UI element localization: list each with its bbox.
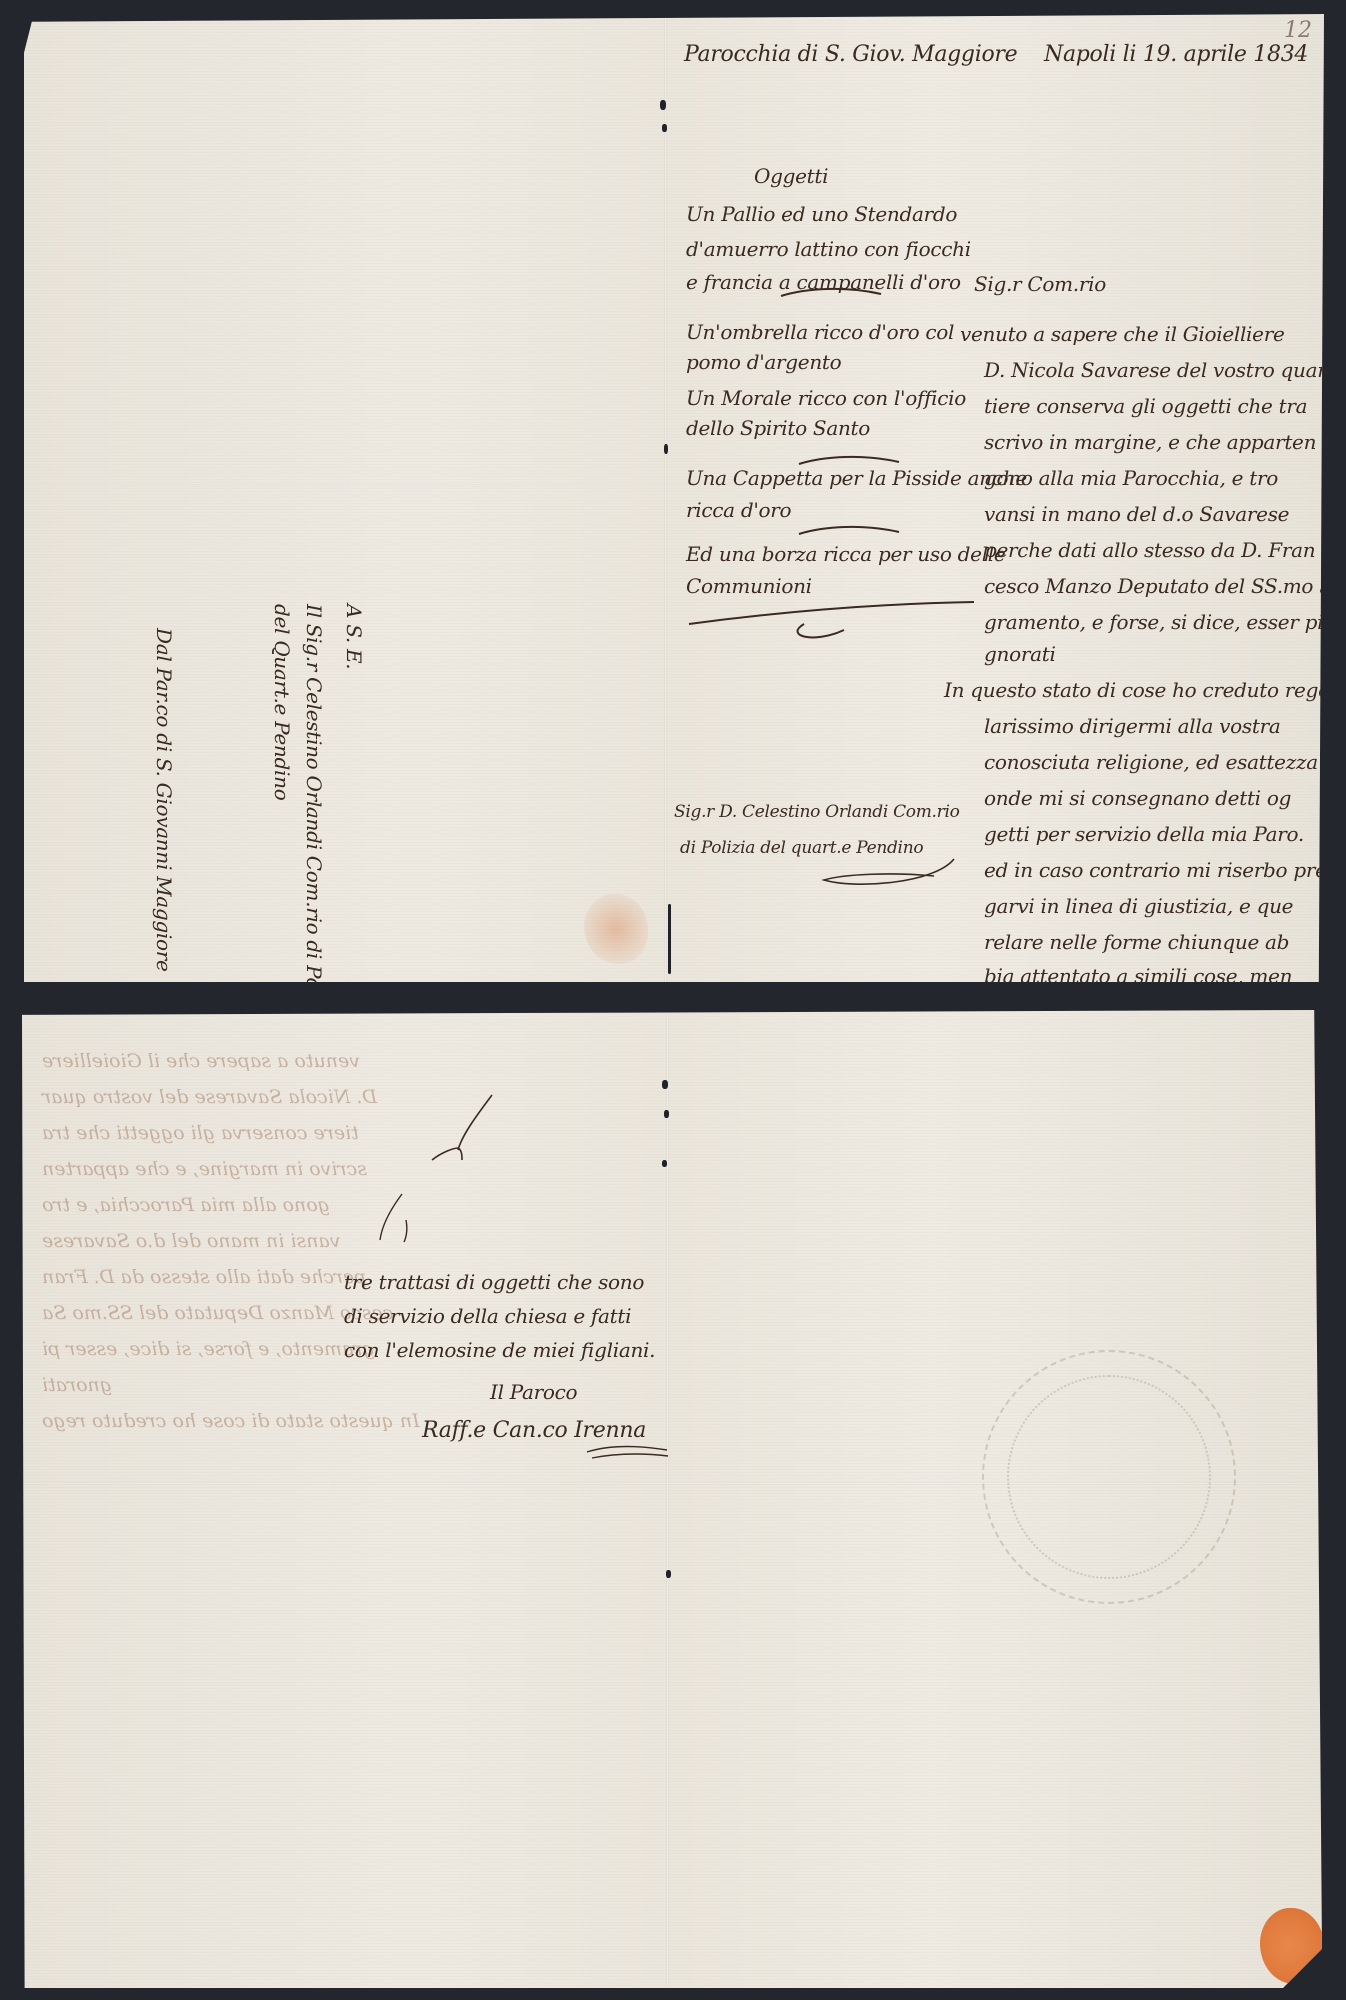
center-fold [666, 1010, 669, 1988]
body-line: gramento, e forse, si dice, esser pi [984, 612, 1323, 632]
object-line: d'amuerro lattino con fiocchi [686, 239, 971, 259]
body-line: getti per servizio della mia Paro. [984, 824, 1304, 844]
ghost-line: cesco Manzo Deputato del SS.mo Sa [42, 1302, 394, 1324]
ghost-line: tiere conserva gli oggetti che tra [42, 1122, 359, 1144]
separator-stroke-icon [794, 452, 904, 472]
salutation: Sig.r Com.rio [974, 274, 1106, 294]
left-fold [346, 14, 349, 982]
binding-hole [662, 1080, 668, 1089]
separator-stroke-icon [794, 522, 904, 542]
object-line: Un'ombrella ricco d'oro col [686, 322, 954, 342]
letter-back-sheet: venuto a sapere che il Gioielliere D. Ni… [22, 1010, 1322, 1988]
flourish-divider-icon [684, 574, 984, 644]
letter-front-sheet: 12 Parocchia di S. Giov. Maggiore Napoli… [24, 14, 1324, 982]
binding-hole [662, 124, 667, 132]
body-line: D. Nicola Savarese del vostro quar [984, 360, 1327, 380]
addressee-line: Sig.r D. Celestino Orlandi Com.rio [674, 804, 960, 821]
separator-stroke-icon [776, 284, 886, 304]
closing-line: tre trattasi di oggetti che sono [344, 1272, 644, 1292]
ghost-line: gono alla mia Parocchia, e tro [42, 1194, 330, 1216]
body-line: onde mi si consegnano detti og [984, 788, 1291, 808]
body-line: tiere conserva gli oggetti che tra [984, 396, 1307, 416]
body-line: relare nelle forme chiunque ab [984, 932, 1289, 952]
signature-flourish-icon [814, 854, 964, 894]
ghost-line: venuto a sapere che il Gioielliere [42, 1050, 360, 1072]
body-line: gnorati [984, 644, 1056, 664]
ghost-line: In questo stato di cose ho creduto rego [42, 1410, 420, 1432]
ghost-line: scrivo in margine, e che apparten [42, 1158, 367, 1180]
edge-tear [668, 904, 671, 974]
binding-hole [660, 100, 666, 110]
body-line: conosciuta religione, ed esattezza [984, 752, 1318, 772]
body-line: perche dati allo stesso da D. Fran [984, 540, 1315, 560]
pen-stroke-icon [372, 1190, 412, 1250]
ghost-line: gnorati [42, 1374, 112, 1396]
object-line: Un Morale ricco con l'officio [686, 388, 966, 408]
faded-seal-stain [584, 894, 648, 964]
parish-header: Parocchia di S. Giov. Maggiore [684, 44, 1017, 66]
body-line: bia attentato a simili cose, men [984, 966, 1292, 986]
ghost-line: gramento, e forse, si dice, esser pi [42, 1338, 375, 1360]
object-line: pomo d'argento [686, 352, 841, 372]
binding-hole [662, 1160, 667, 1167]
object-line: Ed una borza ricca per uso delle [686, 544, 1005, 564]
signature-underline-icon [582, 1438, 672, 1462]
embossed-seal-inner [1007, 1375, 1211, 1579]
page-number-mark: 12 [1284, 18, 1312, 43]
address-line-vertical: A S. E. [344, 604, 364, 669]
address-line-vertical: del Quart.e Pendino [272, 604, 292, 800]
center-fold [664, 14, 667, 982]
address-line-vertical: Il Sig.r Celestino Orlandi Com.rio di Po… [304, 604, 324, 1029]
object-line: Un Pallio ed uno Stendardo [686, 204, 957, 224]
body-line: scrivo in margine, e che apparten [984, 432, 1316, 452]
ghost-line: D. Nicola Savarese del vostro quar [42, 1086, 377, 1108]
object-line: ricca d'oro [686, 500, 791, 520]
binding-hole [664, 1110, 669, 1118]
body-line: gono alla mia Parocchia, e tro [984, 468, 1278, 488]
body-line: garvi in linea di giustizia, e que [984, 896, 1293, 916]
signature-title: Il Paroco [490, 1382, 577, 1402]
body-line: venuto a sapere che il Gioielliere [960, 324, 1285, 344]
sender-line-vertical: Dal Par.co di S. Giovanni Maggiore [154, 628, 174, 972]
pen-stroke-icon [422, 1090, 502, 1170]
binding-hole [664, 444, 668, 454]
objects-heading: Oggetti [754, 166, 828, 186]
binding-hole [666, 1570, 671, 1578]
ghost-line: perche dati allo stesso da D. Fran [42, 1266, 366, 1288]
left-fold [332, 1010, 335, 1988]
closing-line: di servizio della chiesa e fatti [344, 1306, 631, 1326]
ghost-line: vansi in mano del d.o Savarese [42, 1230, 341, 1252]
object-line: dello Spirito Santo [686, 418, 870, 438]
body-line: ed in caso contrario mi riserbo pre [984, 860, 1327, 880]
body-line: vansi in mano del d.o Savarese [984, 504, 1289, 524]
closing-line: con l'elemosine de miei figliani. [344, 1340, 655, 1360]
letter-date: Napoli li 19. aprile 1834 [1044, 44, 1308, 66]
body-line: larissimo dirigermi alla vostra [984, 716, 1280, 736]
body-line: cesco Manzo Deputato del SS.mo Sa [984, 576, 1344, 596]
body-line: In questo stato di cose ho creduto rego [944, 680, 1330, 700]
wax-seal-remnant [1260, 1908, 1324, 1984]
